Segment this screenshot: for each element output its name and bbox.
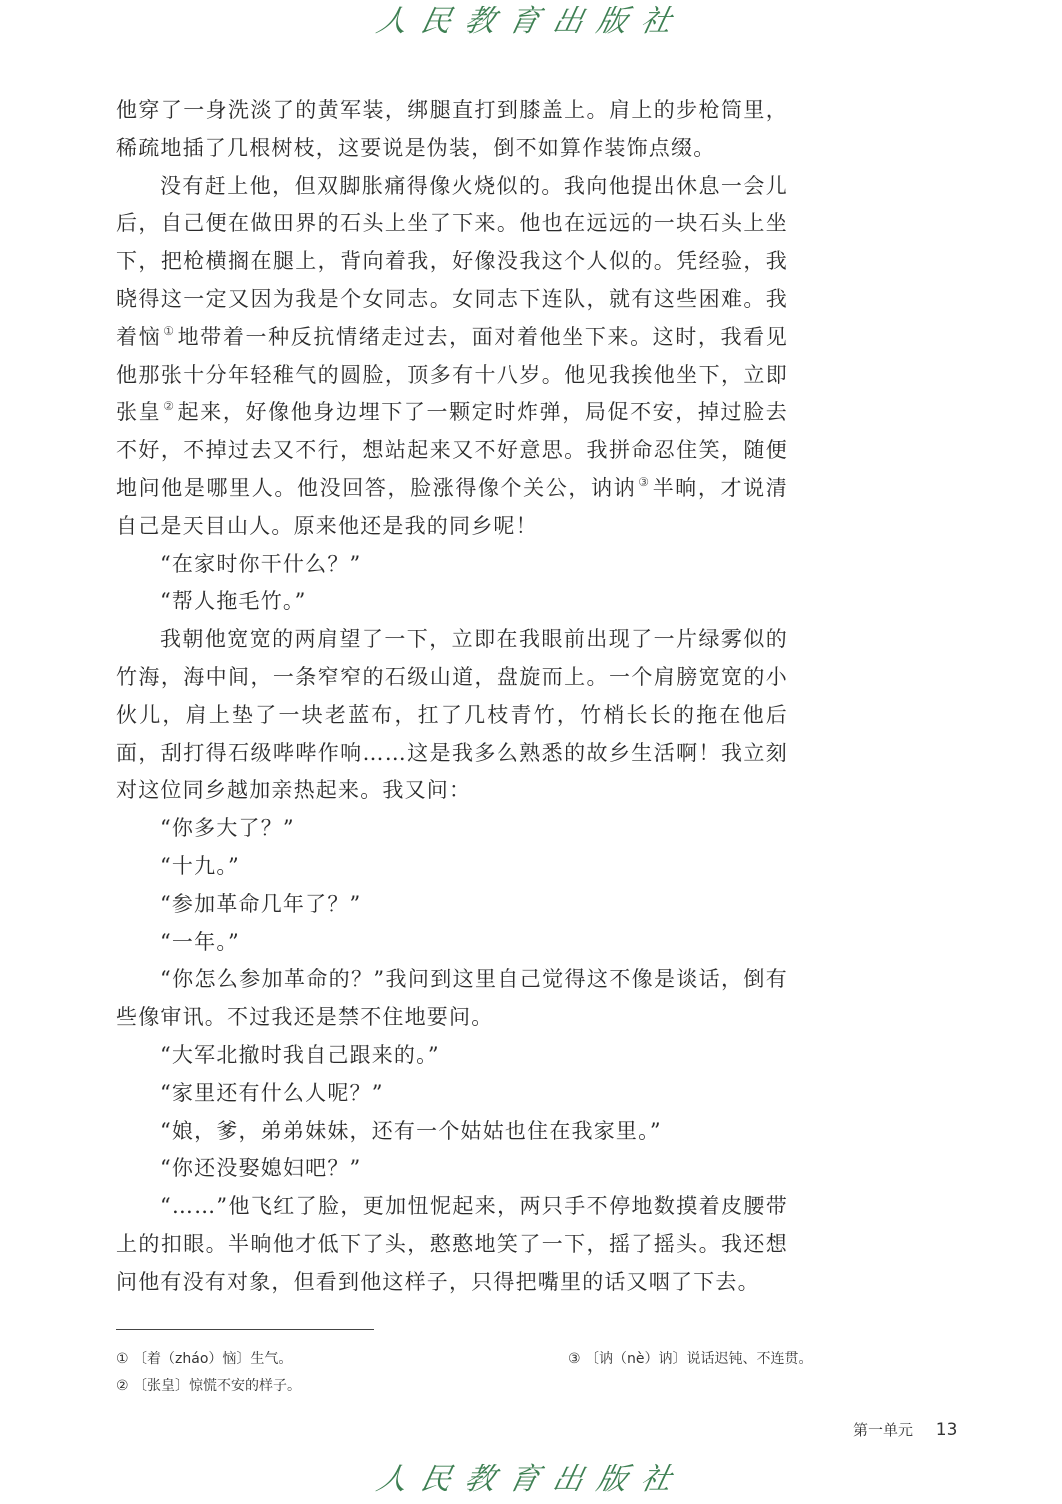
dialogue-line: “娘，爹，弟弟妹妹，还有一个姑姑也住在我家里。” (116, 1113, 788, 1151)
page-number: 13 (936, 1420, 958, 1440)
footnote-ref-3[interactable]: ③ (638, 475, 650, 489)
paragraph: “你怎么参加革命的？”我问到这里自己觉得这不像是谈话，倒有些像审讯。不过我还是禁… (116, 961, 788, 1037)
publisher-watermark-bottom: 人民教育出版社 (0, 1460, 1062, 1504)
paragraph-with-notes: 没有赶上他，但双脚胀痛得像火烧似的。我向他提出休息一会儿后，自己便在做田界的石头… (116, 168, 788, 546)
publisher-watermark-top: 人民教育出版社 (0, 2, 1062, 46)
dialogue-line: “帮人拖毛竹。” (116, 583, 788, 621)
footnote-ref-1[interactable]: ① (163, 324, 175, 338)
footnote-2: ② 〔张皇〕惊慌不安的样子。 (116, 1373, 301, 1400)
footnote-3: ③ 〔讷（nè）讷〕说话迟钝、不连贯。 (568, 1346, 813, 1373)
dialogue-line: “大军北撤时我自己跟来的。” (116, 1037, 788, 1075)
publisher-watermark-text: 人民教育出版社 (373, 1460, 690, 1500)
paragraph-segment: 没有赶上他，但双脚胀痛得像火烧似的。我向他提出休息一会儿后，自己便在做田界的石头… (116, 174, 788, 349)
publisher-watermark-text: 人民教育出版社 (373, 2, 690, 42)
unit-label: 第一单元 (853, 1421, 913, 1439)
footnote-1: ① 〔着（zháo）恼〕生气。 (116, 1346, 301, 1373)
dialogue-line: “十九。” (116, 848, 788, 886)
paragraph: 我朝他宽宽的两肩望了一下，立即在我眼前出现了一片绿雾似的竹海，海中间，一条窄窄的… (116, 621, 788, 810)
paragraph: “……”他飞红了脸，更加忸怩起来，两只手不停地数摸着皮腰带上的扣眼。半晌他才低下… (116, 1188, 788, 1301)
page-footer: 第一单元 13 (853, 1419, 957, 1440)
dialogue-line: “你多大了？” (116, 810, 788, 848)
article-body: 他穿了一身洗淡了的黄军装，绑腿直打到膝盖上。肩上的步枪筒里，稀疏地插了几根树枝，… (116, 92, 788, 1302)
paragraph: 他穿了一身洗淡了的黄军装，绑腿直打到膝盖上。肩上的步枪筒里，稀疏地插了几根树枝，… (116, 92, 788, 168)
footnote-mark: ③ (568, 1351, 581, 1367)
footnote-divider (116, 1329, 374, 1330)
footnote-term: 〔讷（nè）讷〕 (585, 1351, 687, 1367)
dialogue-line: “在家时你干什么？” (116, 546, 788, 584)
footnote-ref-2[interactable]: ② (163, 399, 175, 413)
dialogue-line: “家里还有什么人呢？” (116, 1075, 788, 1113)
footnote-mark: ① (116, 1351, 129, 1367)
dialogue-line: “一年。” (116, 924, 788, 962)
footnote-mark: ② (116, 1378, 129, 1394)
footnote-definition: 生气。 (250, 1351, 292, 1367)
footnote-definition: 说话迟钝、不连贯。 (687, 1351, 813, 1367)
footnote-term: 〔着（zháo）恼〕 (133, 1351, 250, 1367)
dialogue-line: “参加革命几年了？” (116, 886, 788, 924)
footnote-definition: 惊慌不安的样子。 (189, 1378, 301, 1394)
footnotes-right-column: ③ 〔讷（nè）讷〕说话迟钝、不连贯。 (568, 1346, 813, 1373)
footnote-term: 〔张皇〕 (133, 1378, 189, 1394)
footnotes-left-column: ① 〔着（zháo）恼〕生气。 ② 〔张皇〕惊慌不安的样子。 (116, 1346, 301, 1400)
dialogue-line: “你还没娶媳妇吧？” (116, 1150, 788, 1188)
